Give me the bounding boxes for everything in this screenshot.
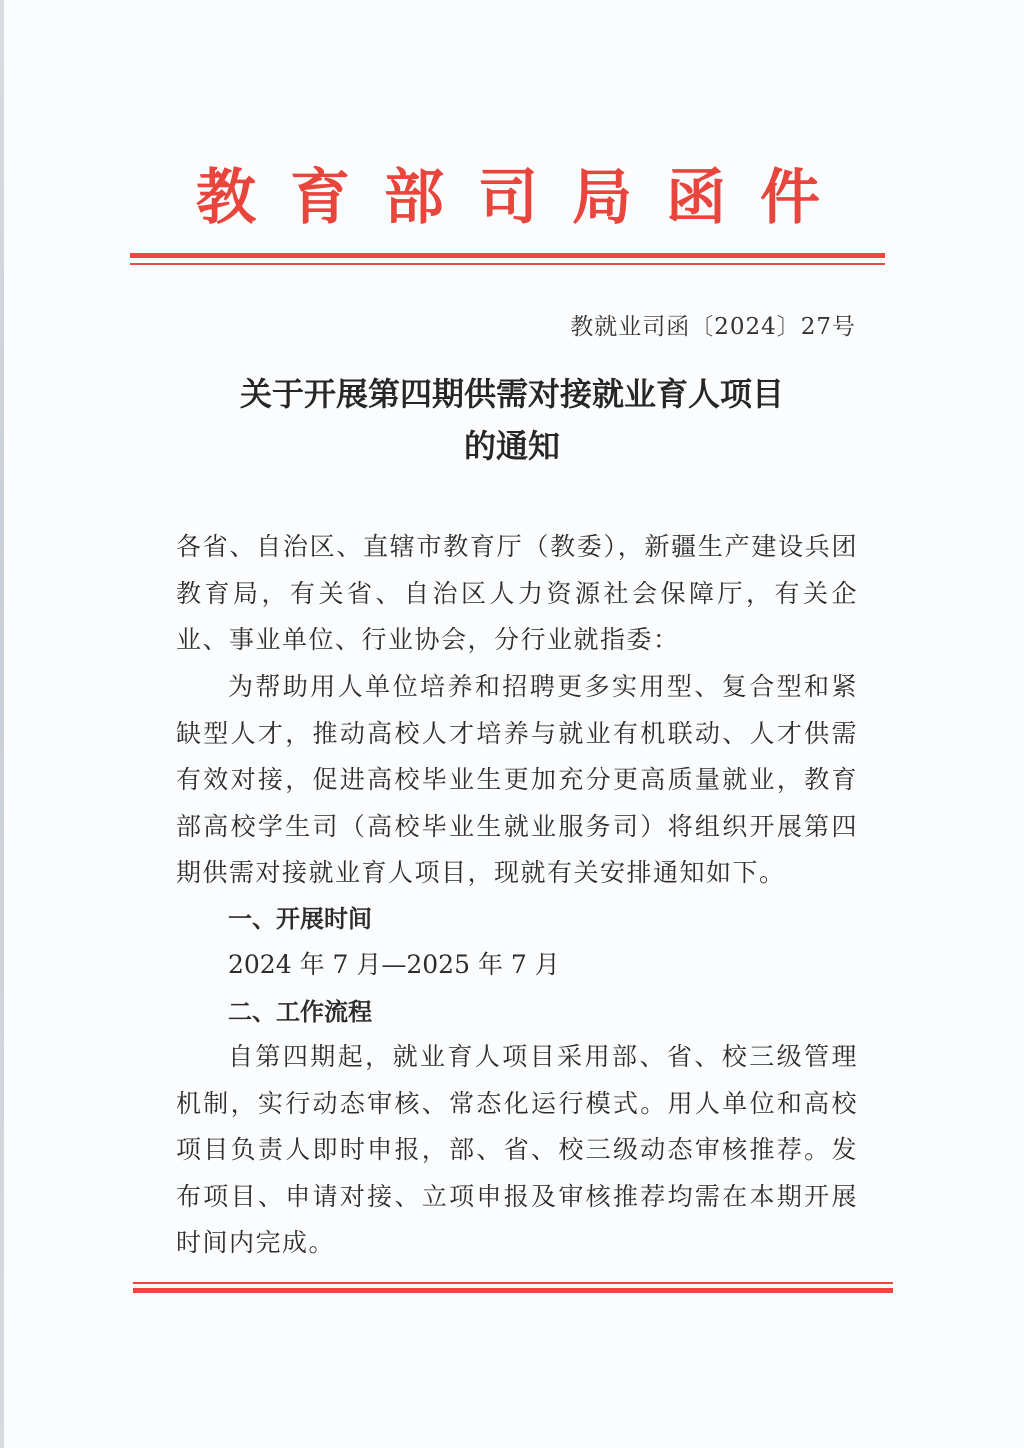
- header-rule-thick: [130, 253, 885, 258]
- header-rule-thin: [130, 263, 885, 265]
- document-title: 关于开展第四期供需对接就业育人项目 的通知: [0, 368, 1024, 472]
- footer-rule-thin: [133, 1282, 893, 1284]
- addressee: 各省、自治区、直辖市教育厅（教委），新疆生产建设兵团教育局，有关省、自治区人力资…: [176, 524, 858, 664]
- document-number: 教就业司函〔2024〕27号: [570, 308, 856, 341]
- section-1-content: 2024 年 7 月—2025 年 7 月: [228, 945, 560, 981]
- section-2-content: 自第四期起，就业育人项目采用部、省、校三级管理机制，实行动态审核、常态化运行模式…: [176, 1034, 858, 1267]
- footer-rule-thick: [133, 1288, 893, 1293]
- intro-paragraph: 为帮助用人单位培养和招聘更多实用型、复合型和紧缺型人才，推动高校人才培养与就业有…: [176, 664, 858, 897]
- section-2-heading: 二、工作流程: [228, 992, 372, 1027]
- title-line-2: 的通知: [0, 420, 1024, 472]
- title-line-1: 关于开展第四期供需对接就业育人项目: [0, 368, 1024, 420]
- scan-edge: [0, 0, 4, 1448]
- section-1-heading: 一、开展时间: [228, 899, 372, 934]
- letterhead-title: 教育部司局函件: [130, 158, 886, 238]
